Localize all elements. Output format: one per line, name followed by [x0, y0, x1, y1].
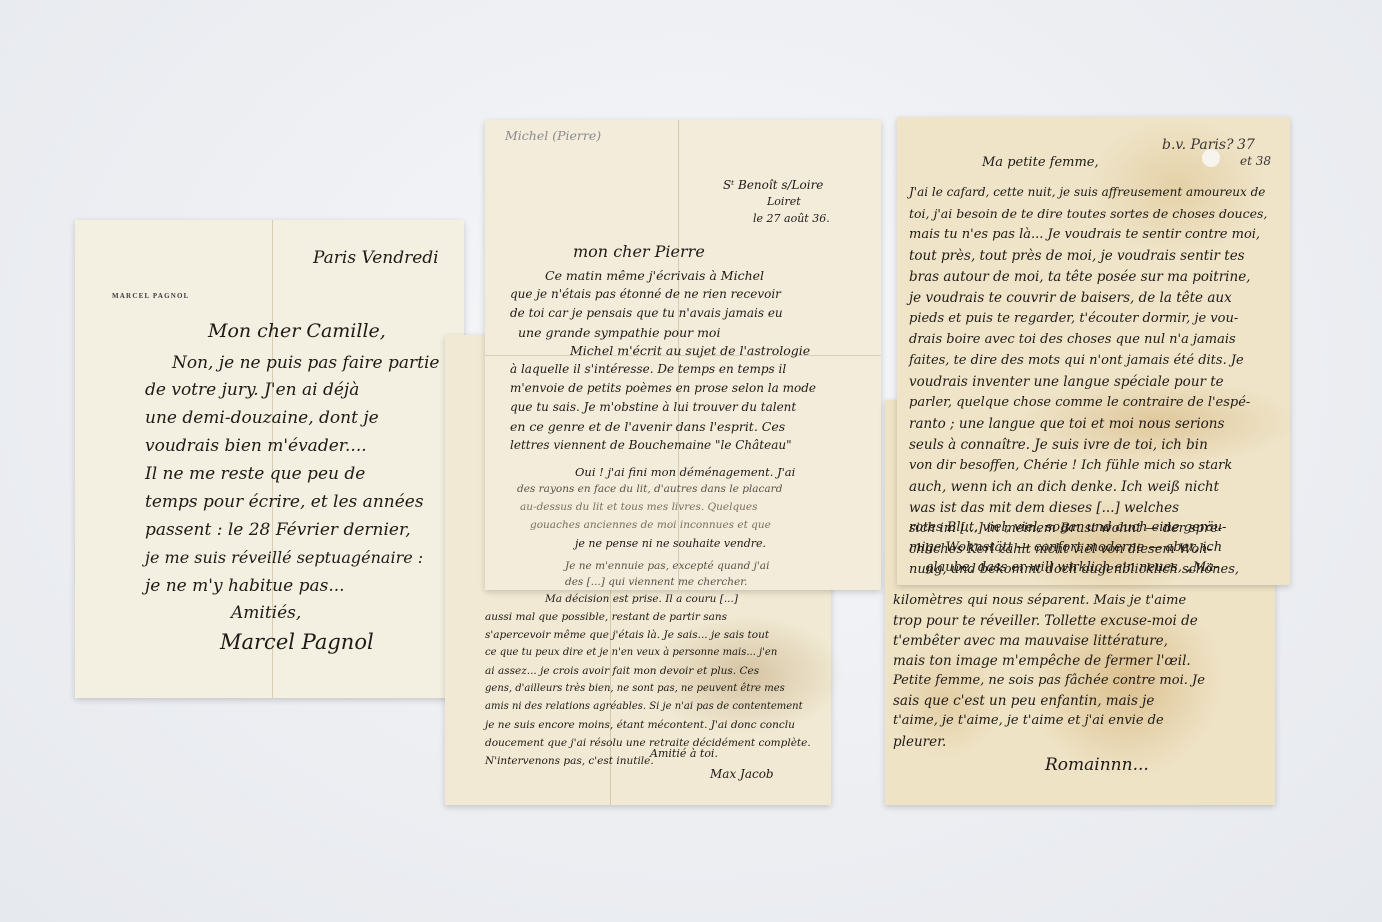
letter-line: de votre jury. J'en ai déjà: [145, 380, 359, 400]
letter-line: je ne pense ni ne souhaite vendre.: [575, 537, 766, 550]
salutation: Mon cher Camille,: [208, 320, 386, 342]
letter-line: von dir besoffen, Chérie ! Ich fühle mic…: [909, 458, 1232, 473]
letter-line: bras autour de moi, ta tête posée sur ma…: [909, 269, 1250, 285]
letter-line: je ne m'y habitue pas...: [145, 576, 345, 596]
letter-line: trop pour te réveiller. Tollette excuse-…: [893, 613, 1198, 629]
letter-line: parler, quelque chose comme le contraire…: [909, 395, 1250, 410]
letter-line: N'intervenons pas, c'est inutile.: [485, 755, 654, 767]
letter-line: Michel m'écrit au sujet de l'astrologie: [570, 343, 810, 358]
archival-annotation: Michel (Pierre): [505, 128, 601, 143]
letter-line: faites, te dire des mots qui n'ont jamai…: [909, 353, 1244, 368]
letter-line: m'envoie de petits poèmes en prose selon…: [510, 381, 816, 395]
letter-line: passent : le 28 Février dernier,: [145, 520, 411, 540]
letter-line: Il ne me reste que peu de: [145, 464, 365, 484]
place-date: Paris Vendredi: [313, 248, 439, 268]
letter-line: pleurer.: [893, 734, 946, 750]
letter-line: des rayons en face du lit, d'autres dans…: [517, 483, 782, 495]
letter-line: de toi car je pensais que tu n'avais jam…: [510, 306, 783, 320]
salutation: Ma petite femme,: [982, 155, 1099, 170]
letter-line: Ma décision est prise. Il a couru [...]: [545, 593, 738, 605]
letter-line: Oui ! j'ai fini mon déménagement. J'ai: [575, 465, 795, 479]
letter-line: gens, d'ailleurs très bien, ne sont pas,…: [485, 683, 785, 694]
letter-line: t'embêter avec ma mauvaise littérature,: [893, 633, 1168, 649]
letter-line: que tu sais. Je m'obstine à lui trouver …: [510, 400, 796, 414]
letter-line: je me suis réveillé septuagénaire :: [145, 548, 423, 567]
letter-line: à laquelle il s'intéresse. De temps en t…: [510, 362, 786, 376]
closing: Amitiés,: [231, 603, 301, 623]
letter-line: amis ni des relations agréables. Si je n…: [485, 701, 803, 712]
archival-annotation: b.v. Paris?: [1162, 137, 1234, 153]
archival-annotation: et 38: [1240, 154, 1271, 168]
letter-line: t'aime, je t'aime, je t'aime et j'ai env…: [893, 713, 1164, 728]
pagnol-letter: MARCEL PAGNOL Paris Vendredi Mon cher Ca…: [75, 220, 464, 698]
romain-letter-page-1: b.v. Paris? 37 et 38 Ma petite femme, J'…: [897, 117, 1290, 585]
letter-line: kilomètres qui nous séparent. Mais je t'…: [893, 593, 1186, 608]
letter-line: J'ai le cafard, cette nuit, je suis affr…: [909, 185, 1265, 199]
letterhead: MARCEL PAGNOL: [112, 292, 190, 300]
letter-line: je voudrais te couvrir de baisers, de la…: [909, 290, 1232, 306]
letter-line: ranto ; une langue que toi et moi nous s…: [909, 416, 1224, 432]
letter-line: lettres viennent de Bouchemaine "le Chât…: [510, 438, 792, 452]
place: Sᵗ Benoît s/Loire: [723, 178, 823, 192]
letter-line: Petite femme, ne sois pas fâchée contre …: [893, 673, 1205, 688]
salutation: mon cher Pierre: [573, 242, 705, 261]
letter-line: voudrais inventer une langue spéciale po…: [909, 374, 1224, 390]
letter-line: sais que c'est un peu enfantin, mais je: [893, 693, 1154, 709]
letter-line: voudrais bien m'évader....: [145, 436, 367, 456]
letter-line: Non, je ne puis pas faire partie: [172, 353, 439, 373]
letter-line: was ist das mit dem dieses [...] welches: [909, 500, 1179, 516]
signature: Max Jacob: [710, 767, 774, 781]
signature: Romainnn...: [1045, 755, 1149, 775]
letter-line: en ce genre et de l'avenir dans l'esprit…: [510, 419, 785, 434]
letter-line: tout près, tout près de moi, je voudrais…: [909, 248, 1245, 264]
archival-annotation: 37: [1237, 137, 1255, 153]
letter-line: une grande sympathie pour moi: [518, 325, 720, 340]
letter-line: s'apercevoir même que j'étais là. Je sai…: [485, 629, 769, 641]
letter-line: Ce matin même j'écrivais à Michel: [545, 268, 764, 283]
letter-line: rotes Blut, viel, viel, sogar und auch e…: [909, 520, 1226, 535]
letter-line: des [...] qui viennent me chercher.: [565, 576, 747, 588]
letter-line: ai assez... je crois avoir fait mon devo…: [485, 665, 759, 677]
signature: Marcel Pagnol: [220, 630, 374, 654]
letter-line: toi, j'ai besoin de te dire toutes sorte…: [909, 206, 1267, 221]
letter-line: aussi mal que possible, restant de parti…: [485, 611, 727, 623]
letter-line: doucement que j'ai résolu une retraite d…: [485, 737, 811, 749]
letter-line: ce que tu peux dire et je n'en veux à pe…: [485, 647, 777, 658]
fold-line: [272, 220, 273, 698]
letter-line: temps pour écrire, et les années: [145, 492, 424, 512]
letter-line: Je ne m'ennuie pas, excepté quand j'ai: [565, 560, 769, 572]
letter-line: une demi-douzaine, dont je: [145, 408, 379, 428]
letter-line: je ne suis encore moins, étant mécontent…: [485, 719, 795, 731]
closing: Amitié à toi.: [650, 747, 718, 760]
date: le 27 août 36.: [753, 212, 830, 225]
letter-line: drais boire avec toi des choses que nul …: [909, 332, 1236, 347]
letter-line: auch, wenn ich an dich denke. Ich weiß n…: [909, 479, 1219, 495]
letter-line: que je n'étais pas étonné de ne rien rec…: [510, 287, 781, 301]
region: Loiret: [767, 195, 801, 208]
letter-line: mige Wohnstätt — confort moderne — aber,…: [909, 540, 1222, 555]
letter-line: glaube, dass er will wirklich ein neues,…: [925, 560, 1218, 575]
letter-line: pieds et puis te regarder, t'écouter dor…: [909, 311, 1238, 326]
letter-line: gouaches anciennes de moi inconnues et q…: [530, 519, 771, 531]
letter-line: mais tu n'es pas là... Je voudrais te se…: [909, 227, 1260, 242]
pierre-letter: Michel (Pierre) Sᵗ Benoît s/Loire Loiret…: [485, 120, 881, 590]
letter-line: au-dessus du lit et tous mes livres. Que…: [520, 501, 758, 513]
letter-line: seuls à connaître. Je suis ivre de toi, …: [909, 437, 1208, 453]
letter-line: mais ton image m'empêche de fermer l'œil…: [893, 653, 1191, 669]
